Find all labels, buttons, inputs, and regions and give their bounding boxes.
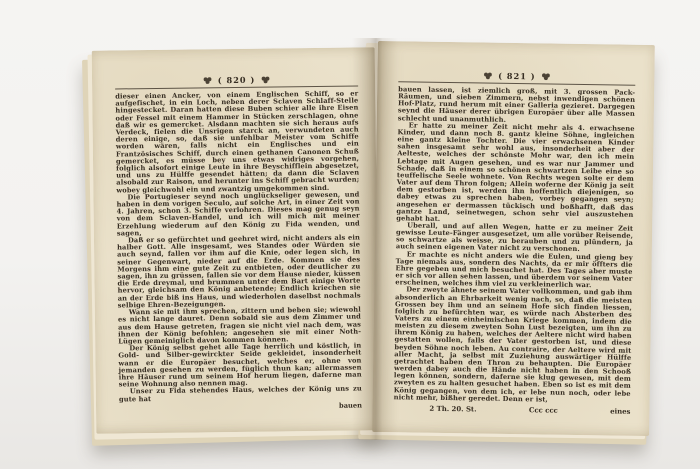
paragraph: Der König selbst gehet alle Tage herrlic… <box>118 343 362 389</box>
open-book: ( 820 ) dieser einen Ancker, von einem E… <box>86 38 652 440</box>
printer-fleuron-icon <box>483 72 492 80</box>
left-page-number: ( 820 ) <box>218 75 256 85</box>
right-running-head: ( 821 ) <box>398 69 635 83</box>
left-page-text: dieser einen Ancker, von einem Englische… <box>115 90 362 403</box>
right-page-number: ( 821 ) <box>498 71 536 82</box>
right-page: ( 821 ) bauen lassen, ist ziemlich groß,… <box>372 41 655 436</box>
right-text-block: ( 821 ) bauen lassen, ist ziemlich groß,… <box>393 69 635 415</box>
paragraph: Er hatte zu meiner Zeit nicht mehr als 4… <box>396 122 634 226</box>
signature-mark: 2 Th. 20. St. <box>429 405 476 414</box>
printer-fleuron-icon <box>261 76 270 84</box>
left-page: ( 820 ) dieser einen Ancker, von einem E… <box>92 47 380 433</box>
paragraph: Der zweyte ähnete seinem Vater vollkomme… <box>394 287 633 405</box>
paragraph: Daß er so gefürchtet und geehret wird, n… <box>117 235 361 310</box>
printer-fleuron-icon <box>203 76 212 84</box>
paragraph: dieser einen Ancker, von einem Englische… <box>115 90 359 194</box>
paragraph: Uberall, und auf allen Wegen, hatte er z… <box>396 222 633 254</box>
gathering-signature: Ccc ccc <box>476 405 610 415</box>
book-photograph: ( 820 ) dieser einen Ancker, von einem E… <box>0 0 700 469</box>
paragraph: Wann sie mit ihm sprechen, zittern und b… <box>118 307 361 346</box>
head-rule <box>115 85 358 89</box>
left-text-block: ( 820 ) dieser einen Ancker, von einem E… <box>115 73 362 412</box>
left-catchword: bauen <box>119 401 362 412</box>
paragraph: bauen lassen, ist ziemlich groß, mit 3. … <box>398 86 636 125</box>
paragraph: Unser zu Fida stehendes Haus, welches de… <box>119 386 362 403</box>
right-page-footer: 2 Th. 20. St. Ccc ccc eines <box>393 404 630 416</box>
right-catchword: eines <box>610 407 630 415</box>
right-page-text: bauen lassen, ist ziemlich groß, mit 3. … <box>394 86 636 404</box>
left-running-head: ( 820 ) <box>115 73 358 86</box>
paragraph: Er machte es nicht anders wie die Eulen,… <box>395 251 633 290</box>
printer-fleuron-icon <box>542 72 551 80</box>
paragraph: Die Portugieser seynd noch unglückselige… <box>116 191 360 237</box>
